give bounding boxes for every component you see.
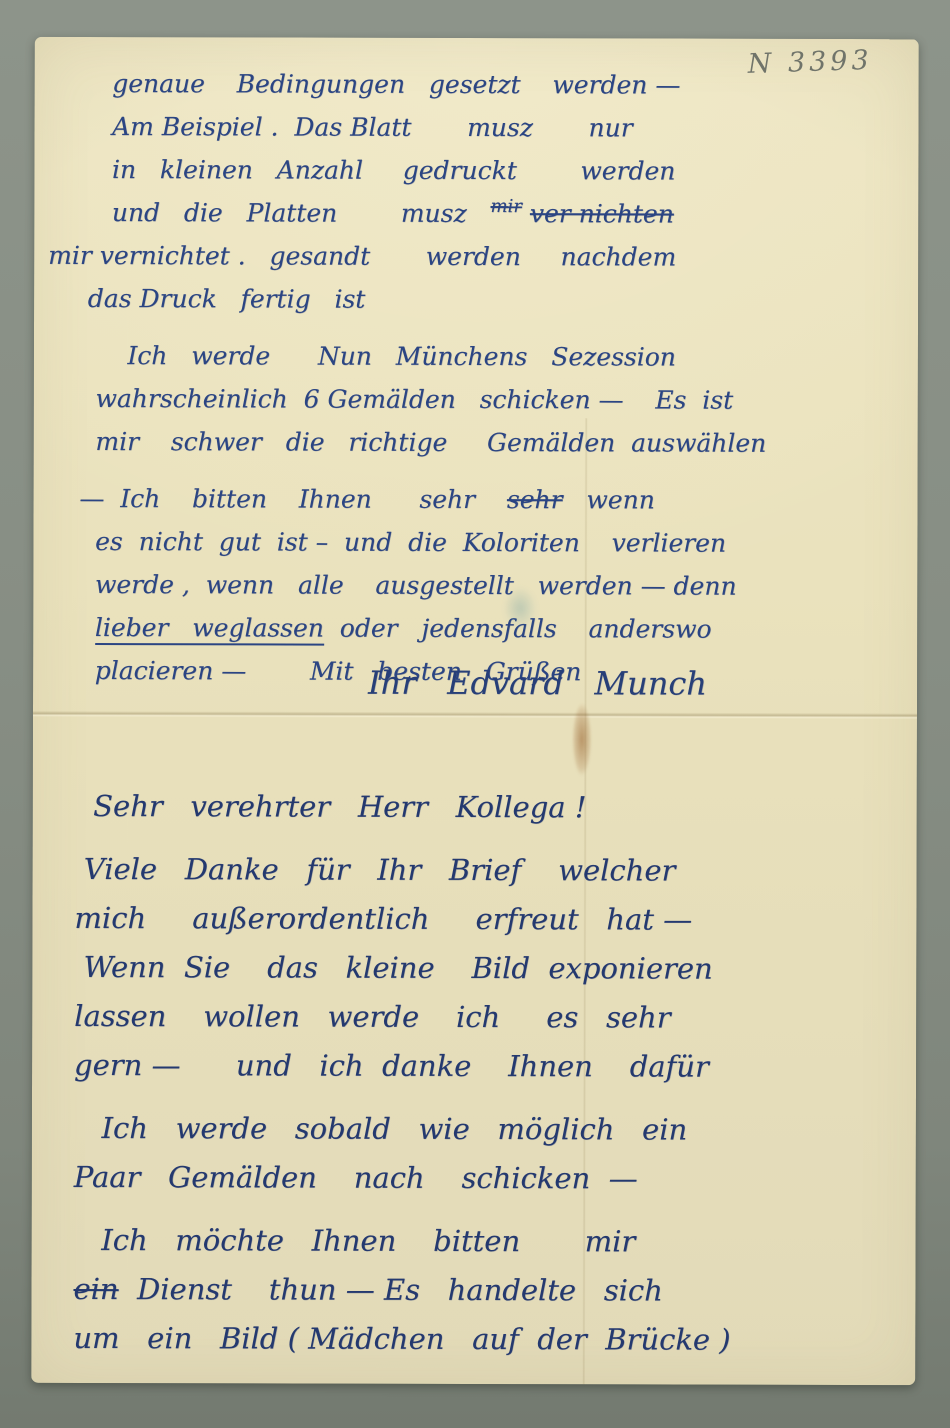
handwriting-line: Am Beispiel . Das Blatt musz nur [48,112,908,157]
brown-stain [569,700,595,798]
handwriting-line: mich außerordentlich erfreut hat — [74,901,906,952]
handwriting-line: genaue Bedingungen gesetzt werden — [49,69,909,114]
handwriting-segment: wenn [563,485,655,514]
struck-word: ver nichten [530,199,674,228]
handwriting-segment: wahrscheinlich 6 Gemälden schicken — Es … [48,384,733,415]
underlined-phrase: lieber weglassen [95,613,324,646]
handwriting-line: mir schwer die richtige Gemälden auswähl… [48,427,908,472]
blue-ink-smudge [503,586,537,630]
struck-word: ein [73,1272,118,1306]
struck-word: sehr [507,485,563,514]
handwriting-segment: Paar Gemälden nach schicken — [74,1160,638,1195]
handwriting-segment: das Druck fertig ist [48,284,365,314]
handwriting-segment: genaue Bedingungen gesetzt werden — [49,69,681,100]
handwriting-segment: lassen wollen werde ich es sehr [74,999,670,1035]
handwriting-line: wahrscheinlich 6 Gemälden schicken — Es … [48,384,908,429]
handwriting-segment: Ich werde sobald wie möglich ein [74,1111,687,1147]
handwriting-line: in kleinen Anzahl gedruckt werden [48,155,908,200]
handwriting-line: mir vernichtet . gesandt werden nachdem [48,241,908,286]
handwriting-segment [522,199,530,228]
handwriting-line: und die Platten musz mir ver nichten [48,198,908,243]
handwriting-segment: werde , wenn alle ausgestellt werden — d… [47,570,736,601]
horizontal-fold-crease [33,711,917,719]
handwriting-segment: Ich werde Nun Münchens Sezession [48,341,676,372]
handwriting-line: Ich werde sobald wie möglich ein [74,1111,906,1162]
handwriting-segment: Sehr verehrter Herr Kollega ! [75,789,587,824]
handwriting-line: lieber weglassen oder jedensfalls anders… [47,613,907,658]
letter-upper-text: genaue Bedingungen gesetzt werden — Am B… [47,69,909,701]
handwriting-line: — Ich bitten Ihnen sehr sehr wenn [47,484,907,529]
handwriting-segment: Wenn Sie das kleine Bild exponieren [74,950,712,986]
handwriting-segment: um ein Bild ( Mädchen auf der Brücke ) [73,1321,730,1357]
handwriting-line: Wenn Sie das kleine Bild exponieren [74,950,906,1001]
handwriting-segment: gern — und ich danke Ihnen dafür [74,1048,709,1084]
handwriting-line: ein Dienst thun — Es handelte sich [73,1272,905,1323]
handwriting-segment [47,613,95,642]
letter-paper: N 3393 genaue Bedingungen gesetzt werden… [31,37,919,1385]
handwriting-segment: mich außerordentlich erfreut hat — [74,901,692,937]
handwriting-segment: und die Platten musz [48,198,490,228]
handwriting-line: Sehr verehrter Herr Kollega ! [75,789,907,840]
handwriting-line: das Druck fertig ist [48,284,908,329]
handwriting-line: es nicht gut ist – und die Koloriten ver… [47,527,907,572]
handwriting-segment: Dienst thun — Es handelte sich [119,1272,663,1307]
handwriting-segment: Am Beispiel . Das Blatt musz nur [48,112,632,143]
handwriting-segment: — Ich bitten Ihnen sehr [48,484,507,514]
struck-word: mir [490,196,521,217]
handwriting-line: Viele Danke für Ihr Brief welcher [75,852,907,903]
handwriting-line: um ein Bild ( Mädchen auf der Brücke ) [73,1321,905,1372]
handwriting-segment: Ich möchte Ihnen bitten mir [74,1223,636,1258]
handwriting-line: Paar Gemälden nach schicken — [74,1160,906,1211]
handwriting-segment: mir vernichtet . gesandt werden nachdem [48,241,676,272]
handwriting-segment: in kleinen Anzahl gedruckt werden [48,155,675,186]
letter-lower-text: Sehr verehrter Herr Kollega ! Viele Dank… [73,789,907,1372]
handwriting-segment: mir schwer die richtige Gemälden auswähl… [48,427,767,458]
handwriting-line: werde , wenn alle ausgestellt werden — d… [47,570,907,615]
handwriting-line: lassen wollen werde ich es sehr [74,999,906,1050]
handwriting-line: Ich werde Nun Münchens Sezession [48,341,908,386]
handwriting-line: Ich möchte Ihnen bitten mir [74,1223,906,1274]
handwriting-segment: Viele Danke für Ihr Brief welcher [75,852,676,888]
handwriting-line: gern — und ich danke Ihnen dafür [74,1048,906,1099]
handwriting-segment: es nicht gut ist – und die Koloriten ver… [47,527,726,558]
signature-edvard-munch: Ihr Edvard Munch [368,664,707,703]
